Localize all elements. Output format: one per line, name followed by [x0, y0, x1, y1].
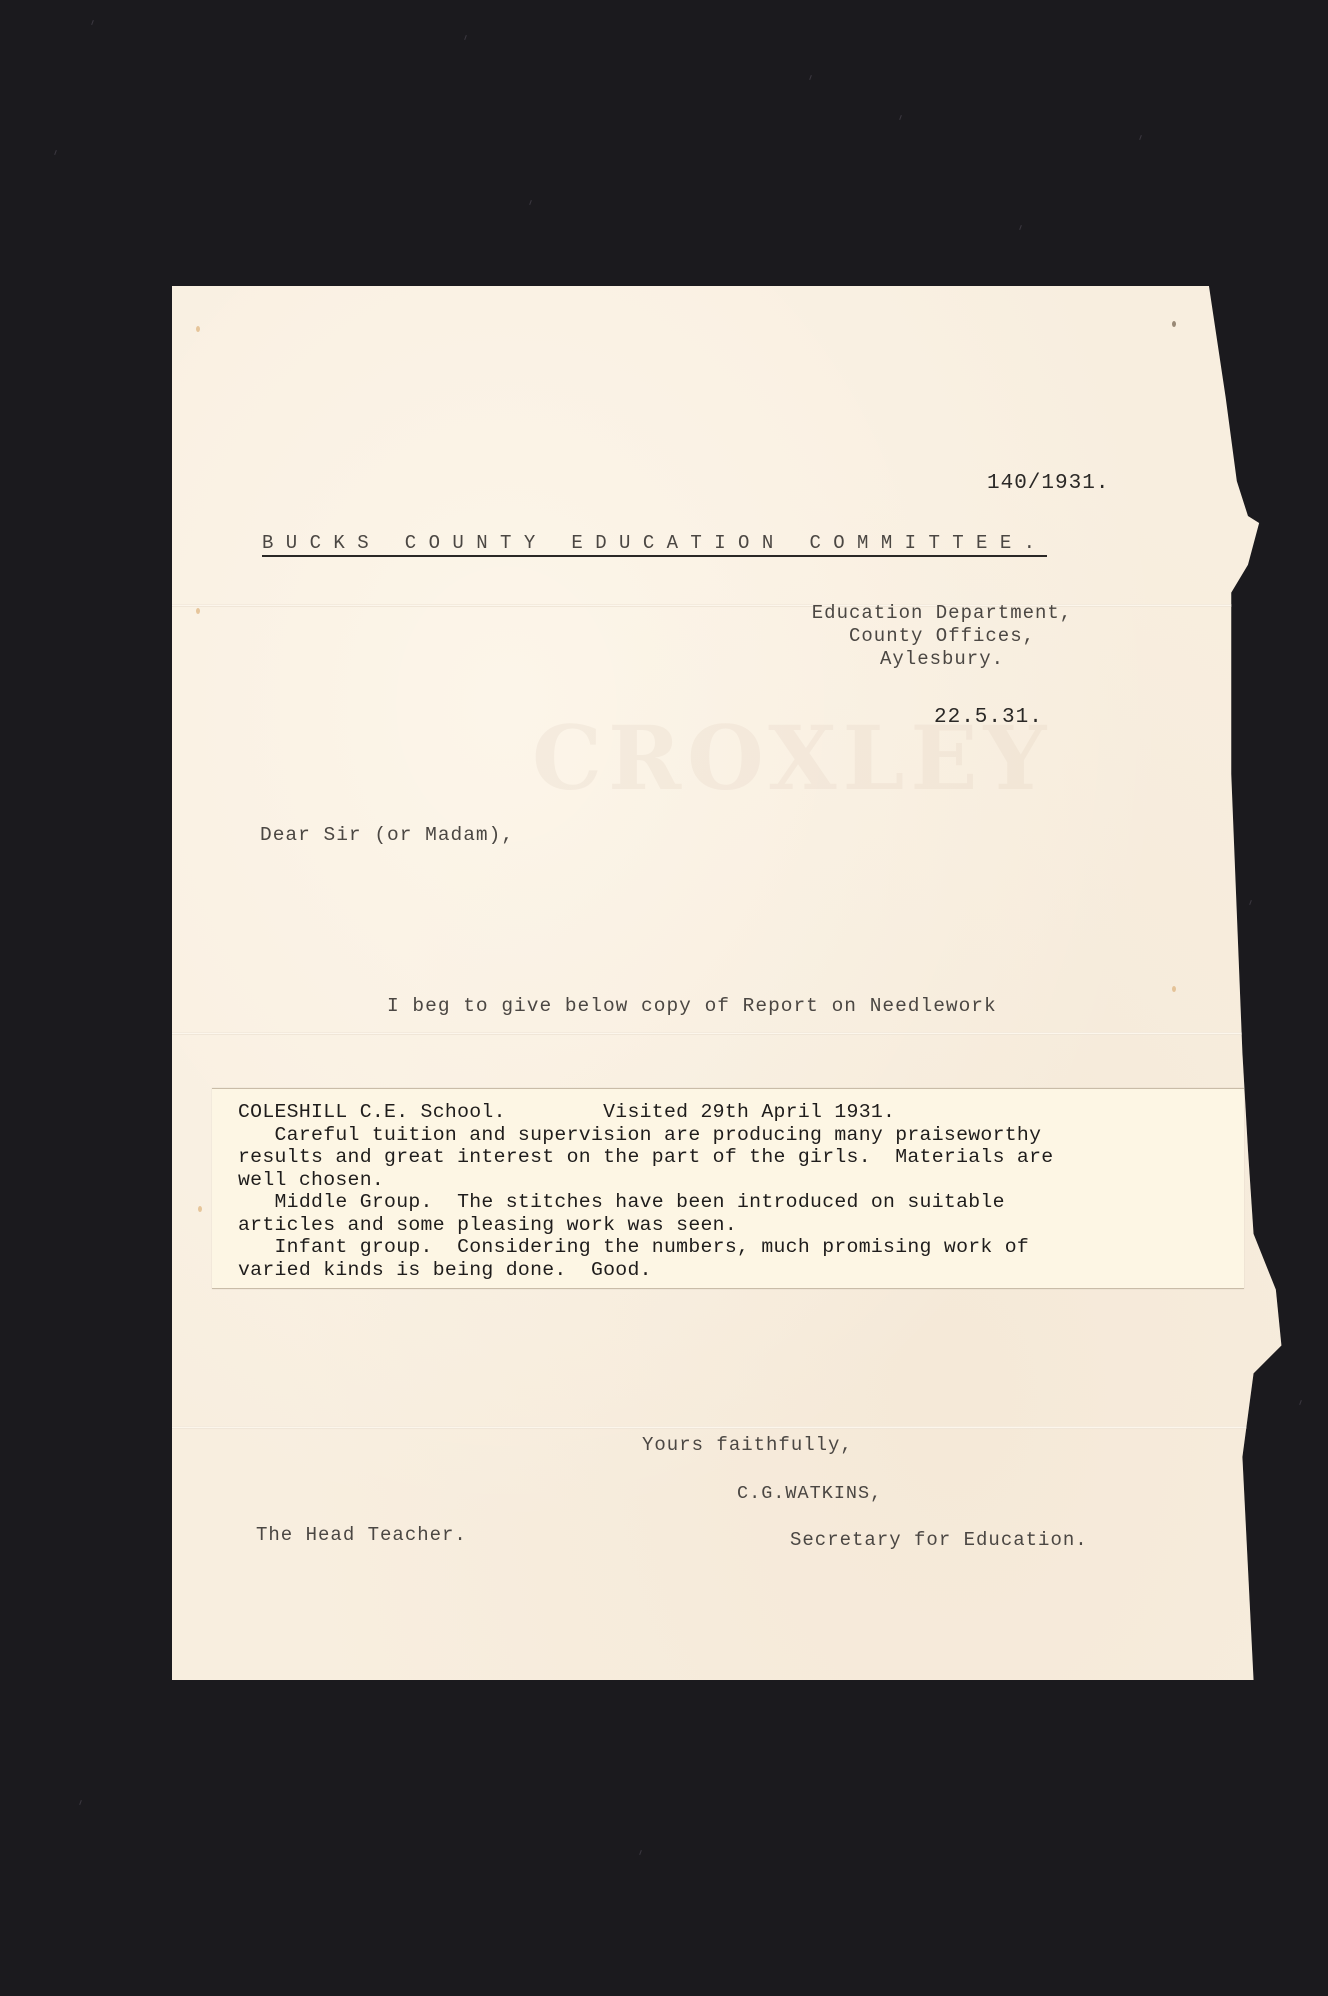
- greeting: Dear Sir (or Madam),: [260, 824, 514, 846]
- address-line: Aylesbury.: [772, 648, 1112, 671]
- body-line: I beg to give below copy of Report on Ne…: [260, 984, 997, 1029]
- report-slip: COLESHILL C.E. School. Visited 29th Apri…: [212, 1088, 1244, 1289]
- report-line: results and great interest on the part o…: [238, 1146, 1053, 1169]
- signatory-title: Secretary for Education.: [790, 1529, 1088, 1551]
- signatory-name: C.G.WATKINS,: [737, 1483, 882, 1504]
- sender-address: Education Department, County Offices, Ay…: [772, 602, 1112, 671]
- letter-paper: CROXLEY 140/1931. BUCKS COUNTY EDUCATION…: [172, 286, 1287, 1680]
- stain: [196, 326, 200, 332]
- letter-date: 22.5.31.: [934, 706, 1043, 729]
- address-line: Education Department,: [772, 602, 1112, 625]
- fold-line: [172, 604, 1287, 607]
- addressee: The Head Teacher.: [256, 1524, 467, 1546]
- report-line: articles and some pleasing work was seen…: [238, 1214, 1053, 1237]
- report-line: varied kinds is being done. Good.: [238, 1259, 1053, 1282]
- address-line: County Offices,: [772, 625, 1112, 648]
- report-line: Careful tuition and supervision are prod…: [238, 1124, 1053, 1147]
- letterhead: BUCKS COUNTY EDUCATION COMMITTEE.: [262, 532, 1047, 557]
- report-line: COLESHILL C.E. School. Visited 29th Apri…: [238, 1101, 1053, 1124]
- stain: [198, 1206, 202, 1212]
- reference-number: 140/1931.: [987, 472, 1109, 495]
- stain: [1172, 321, 1176, 327]
- stain: [196, 608, 200, 614]
- report-line: Infant group. Considering the numbers, m…: [238, 1236, 1053, 1259]
- fold-line: [172, 1426, 1287, 1429]
- report-line: Middle Group. The stitches have been int…: [238, 1191, 1053, 1214]
- report-line: well chosen.: [238, 1169, 1053, 1192]
- closing: Yours faithfully,: [642, 1434, 853, 1456]
- stain: [1172, 986, 1176, 992]
- report-text: COLESHILL C.E. School. Visited 29th Apri…: [238, 1101, 1053, 1281]
